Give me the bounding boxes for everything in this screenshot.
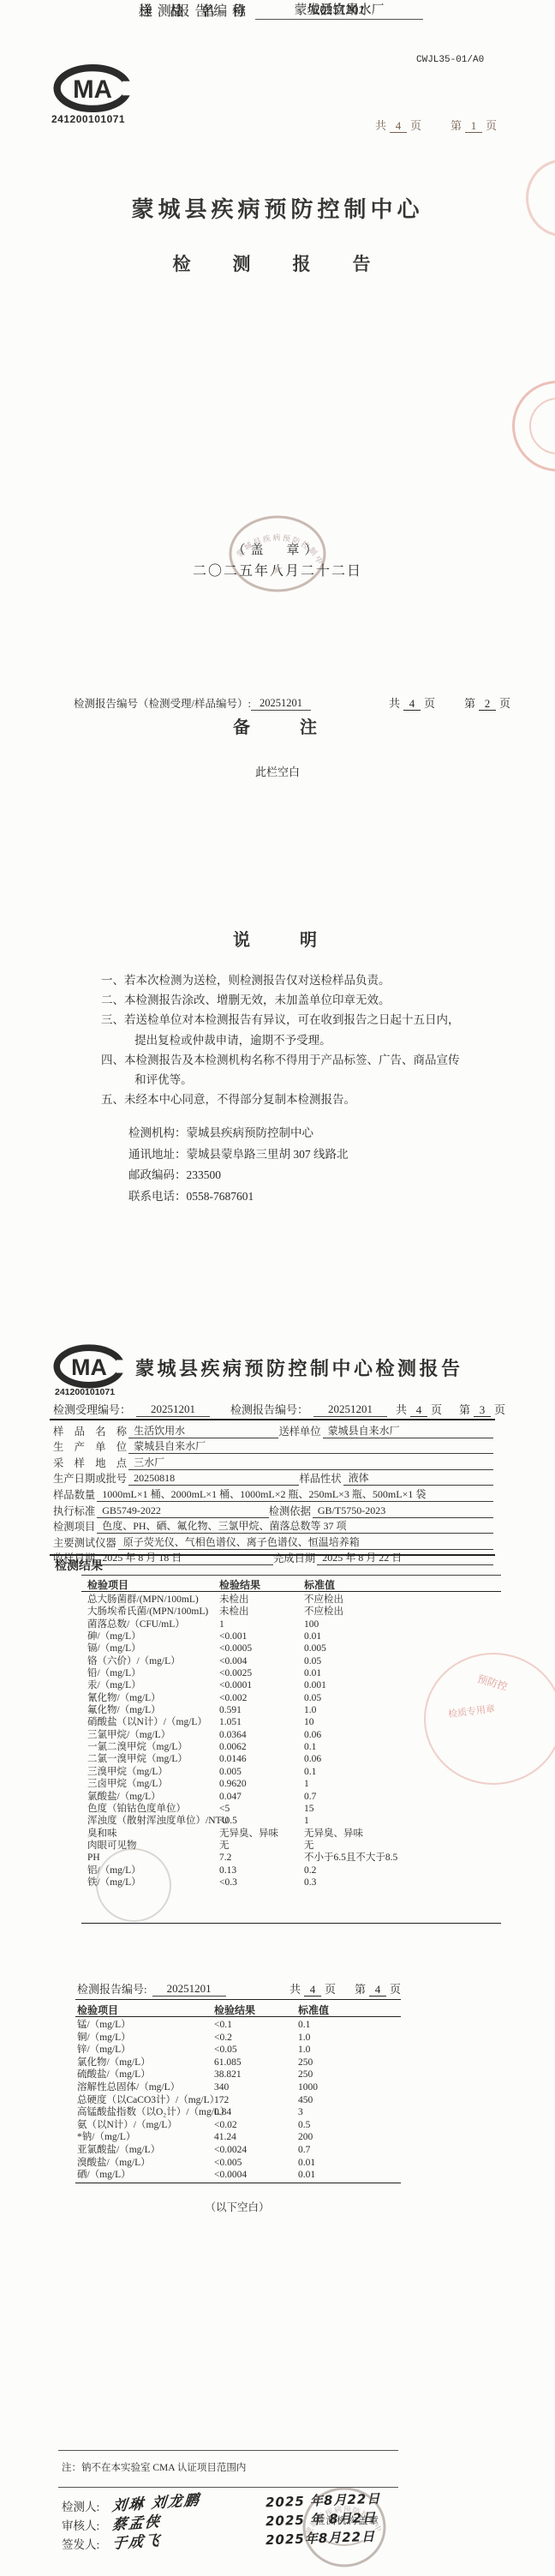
remarks-body: 此栏空白 (0, 763, 555, 779)
form-value: GB/T5750-2023 (313, 1504, 493, 1518)
standard-cell: 1.0 (298, 2044, 310, 2057)
result-cell: 38.821 (214, 2069, 242, 2081)
page-indicator: 共 4 页 第 2 页 (389, 694, 510, 711)
form-label: 生产日期或批号 (53, 1470, 128, 1486)
standard-cell: 0.05 (304, 1655, 321, 1667)
form-value: 20250818 (128, 1472, 299, 1486)
item-cell: *钠/（mg/L） (77, 2131, 135, 2144)
table-row: 氯酸盐/（mg/L） 0.047 0.7 (81, 1791, 501, 1803)
item-cell: 溴酸盐/（mg/L） (77, 2157, 151, 2170)
org-title: 蒙城县疾病预防控制中心 (0, 192, 555, 224)
table-row: 浑浊度（散射浑浊度单位）/NTU <0.5 1 (81, 1815, 501, 1827)
result-cell: 0.0062 (219, 1741, 247, 1753)
result-cell: 340 (214, 2081, 229, 2094)
table-border (81, 1923, 501, 1924)
report-no-value: 20251201 (251, 697, 311, 711)
svg-text:MA: MA (73, 75, 112, 104)
standard-cell: 100 (304, 1618, 319, 1630)
report-no-value: 20251201 (152, 1982, 226, 1997)
form-value: GB5749-2022 (97, 1504, 268, 1518)
form-row: 样品数量 1000mL×1 桶、2000mL×1 桶、1000mL×2 瓶、25… (53, 1486, 493, 1502)
remarks-title: 备 注 (0, 713, 555, 738)
form-label: 检测项目 (53, 1518, 97, 1534)
item-cell: 氨（以N计）/（mg/L） (77, 2119, 177, 2132)
pager-page-label: 页 (424, 694, 435, 711)
pager-page-label: 页 (410, 117, 421, 133)
standard-cell: 1.0 (304, 1704, 316, 1716)
result-cell: <0.0005 (219, 1642, 252, 1654)
form-label: 完成日期 (273, 1550, 317, 1565)
accept-no-label: 检测受理编号： (53, 1401, 131, 1417)
result-cell: <0.02 (214, 2119, 237, 2132)
pager-no-label: 第 (459, 1401, 470, 1417)
result-cell: 未检出 (219, 1606, 249, 1618)
table-row: 砷/（mg/L） <0.001 0.01 (81, 1630, 501, 1642)
standard-cell: 250 (298, 2069, 313, 2081)
table-row: 臭和味 无异臭、异味 无异臭、异味 (81, 1828, 501, 1840)
instruction-item: 五、未经本中心同意，不得部分复制本检测报告。 (101, 1090, 469, 1109)
cma-certificate-number: 241200101071 (55, 1387, 115, 1397)
pages-total: 4 (403, 698, 421, 711)
result-cell: 7.2 (219, 1852, 231, 1864)
table-row: 硫酸盐/（mg/L） 38.821 250 (75, 2069, 401, 2081)
table-row: 大肠埃希氏菌/(MPN/100mL) 未检出 不应检出 (81, 1606, 501, 1618)
signer-label: 签发人: (62, 2538, 99, 2551)
signer-label: 检测人: (62, 2501, 99, 2513)
item-cell: 铬（六价）/（mg/L） (87, 1655, 181, 1667)
result-cell: 0.0364 (219, 1729, 247, 1741)
field-label: 送检单位 (139, 0, 247, 20)
item-cell: 氯酸盐/（mg/L） (87, 1791, 161, 1803)
page3-header: 检测受理编号： 20251201 检测报告编号： 20251201 共 4 页 … (53, 1401, 505, 1417)
results-table-page4: 锰/（mg/L） <0.1 0.1 铜/（mg/L） <0.2 1.0 锌/（m… (75, 2019, 401, 2182)
report-no-label: 检测报告编号（检测受理/样品编号）: (74, 695, 251, 711)
results-table-header: 检验项目 检验结果 标准值 (81, 1577, 501, 1589)
table-row: 氨（以N计）/（mg/L） <0.02 0.5 (75, 2119, 401, 2132)
item-cell: 锰/（mg/L） (77, 2019, 131, 2032)
divider (50, 1554, 495, 1556)
form-label: 主要测试仪器 (53, 1534, 118, 1550)
standard-cell: 450 (298, 2094, 313, 2107)
report-date: 二〇二五年八月二十二日 (0, 560, 555, 579)
instruction-item: 四、本检测报告及本检测机构名称不得用于产品标签、广告、商品宣传和评优等。 (101, 1050, 469, 1090)
result-cell: <0.2 (214, 2032, 232, 2045)
instructions-title: 说 明 (0, 926, 555, 951)
result-cell: 0.13 (219, 1864, 236, 1876)
table-border (75, 2016, 401, 2017)
result-cell: 0.591 (219, 1704, 242, 1716)
page-number: 2 (479, 698, 496, 711)
table-row: 铜/（mg/L） <0.2 1.0 (75, 2032, 401, 2045)
scanned-report-document: MA 241200101071 CWJL35-01/A0 共 4 页 第 1 页… (0, 0, 555, 2576)
result-cell: <0.005 (214, 2157, 242, 2170)
item-cell: 二氯一溴甲烷（mg/L） (87, 1753, 188, 1765)
standard-cell: 0.01 (304, 1667, 321, 1679)
standard-cell: 200 (298, 2131, 313, 2144)
standard-cell: 10 (304, 1716, 314, 1728)
pager-of-label: 共 (289, 1980, 301, 1997)
standard-cell: 1 (304, 1815, 309, 1827)
item-cell: 铜/（mg/L） (77, 2032, 131, 2045)
item-cell: 砷/（mg/L） (87, 1630, 141, 1642)
result-cell: 0.047 (219, 1791, 242, 1803)
form-value: 原子荧光仪、气相色谱仪、离子色谱仪、恒温培养箱 (118, 1534, 493, 1550)
cma-logo: MA (53, 63, 132, 113)
table-row: 溴酸盐/（mg/L） <0.005 0.01 (75, 2157, 401, 2170)
standard-cell: 0.2 (304, 1864, 316, 1876)
agency-seal-label: 检测机构盖章 (315, 2513, 379, 2527)
footnote: 注：钠不在本实验室 CMA 认证项目范围内 (62, 2460, 246, 2474)
form-label: 采 样 地 点 (53, 1455, 128, 1470)
item-cell: 总大肠菌群/(MPN/100mL) (87, 1594, 199, 1606)
result-cell: <0.002 (219, 1692, 247, 1704)
pager-page-label: 页 (499, 694, 510, 711)
standard-cell: 0.06 (304, 1729, 321, 1741)
item-cell: 高锰酸盐指数（以O₂计）/（mg/L） (77, 2106, 230, 2119)
col-standard: 标准值 (304, 1577, 335, 1592)
table-border (75, 1999, 401, 2000)
standard-cell: 0.001 (304, 1679, 326, 1691)
result-cell: <0.0024 (214, 2144, 247, 2157)
result-cell: 无 (219, 1840, 230, 1852)
result-cell: 0.0146 (219, 1753, 247, 1765)
table-row: 菌落总数/（CFU/mL） 1 100 (81, 1618, 501, 1630)
form-row: 收样日期 2025 年 8 月 18 日 完成日期 2025 年 8 月 22 … (53, 1550, 493, 1566)
result-cell: 41.24 (214, 2131, 236, 2144)
result-cell: <0.004 (219, 1655, 247, 1667)
form-row: 样 品 名 称 生活饮用水 送样单位 蒙城县自来水厂 (53, 1422, 493, 1438)
standard-cell: 0.01 (298, 2157, 315, 2170)
col-item: 检验项目 (77, 2003, 118, 2017)
sample-info-form: 样 品 名 称 生活饮用水 送样单位 蒙城县自来水厂 生 产 单 位 蒙城县自来… (53, 1422, 493, 1565)
form-row: 生 产 单 位 蒙城县自来水厂 (53, 1438, 493, 1455)
col-result: 检验结果 (219, 1577, 260, 1592)
standard-cell: 不应检出 (304, 1594, 343, 1606)
result-cell: 0.005 (219, 1766, 242, 1778)
col-item: 检验项目 (87, 1577, 128, 1592)
item-cell: 锌/（mg/L） (77, 2044, 131, 2057)
standard-cell: 不应检出 (304, 1606, 343, 1618)
report-no-value: 20251201 (313, 1402, 387, 1417)
result-cell: <0.0025 (219, 1667, 252, 1679)
result-cell: <0.0004 (214, 2169, 247, 2182)
table-border (81, 1575, 501, 1576)
item-cell: 铅/（mg/L） (87, 1667, 141, 1679)
item-cell: 菌落总数/（CFU/mL） (87, 1618, 185, 1630)
standard-cell: 3 (298, 2106, 303, 2119)
red-stamp-fragment: 预防控 检质专用章 (424, 1653, 555, 1786)
form-value: 蒙城县自来水厂 (128, 1438, 493, 1454)
contact-label: 邮政编码： (128, 1168, 187, 1181)
standard-cell: 0.1 (304, 1741, 316, 1753)
item-cell: 氯化物/（mg/L） (77, 2057, 151, 2069)
divider (58, 2450, 398, 2451)
form-value: 2025 年 8 月 22 日 (317, 1550, 493, 1565)
pager-page-label: 页 (325, 1980, 336, 1997)
results-title: 检测结果 (55, 1557, 103, 1574)
item-cell: 浑浊度（散射浑浊度单位）/NTU (87, 1815, 229, 1827)
result-cell: 1 (219, 1618, 224, 1630)
instruction-item: 三、若送检单位对本检测报告有异议，可在收到报告之日起十五日内，提出复检或仲裁申请… (101, 1010, 469, 1049)
form-row: 执行标准 GB5749-2022 检测依据 GB/T5750-2023 (53, 1502, 493, 1518)
standard-cell: 1.0 (298, 2032, 310, 2045)
result-cell: <0.3 (219, 1876, 237, 1888)
result-cell: <0.0001 (219, 1679, 252, 1691)
contact-row: 通讯地址：蒙城县蒙阜路三里胡 307 线路北 (128, 1144, 349, 1166)
form-value: 蒙城县自来水厂 (323, 1423, 493, 1438)
cma-certificate-number: 241200101071 (51, 113, 125, 125)
result-cell: 1.051 (219, 1716, 242, 1728)
standard-cell: 无异臭、异味 (304, 1828, 363, 1840)
col-result: 检验结果 (214, 2003, 255, 2017)
standard-cell: 0.7 (298, 2144, 310, 2157)
report-no-label: 检测报告编号: (77, 1980, 147, 1997)
contact-row: 邮政编码：233500 (128, 1165, 349, 1186)
result-cell: 61.085 (214, 2057, 242, 2069)
standard-cell: 0.7 (304, 1791, 316, 1803)
standard-cell: 无 (304, 1840, 314, 1852)
item-cell: 溶解性总固体/（mg/L） (77, 2081, 180, 2094)
form-value: 色度、PH、硒、氟化物、三氯甲烷、菌落总数等 37 项 (97, 1518, 493, 1534)
item-cell: 硝酸盐（以N计）/（mg/L） (87, 1716, 207, 1728)
item-cell: 三卤甲烷（mg/L） (87, 1778, 168, 1790)
results-table-header: 检验项目 检验结果 标准值 (75, 2003, 401, 2015)
divider (50, 1419, 495, 1420)
form-row: 生产日期或批号 20250818 样品性状 液体 (53, 1470, 493, 1486)
pager-of-label: 共 (396, 1401, 407, 1417)
instruction-item: 一、若本次检测为送检，则检测报告仅对送检样品负责。 (101, 970, 469, 990)
pages-total: 4 (304, 1984, 321, 1997)
form-row: 采 样 地 点 三水厂 (53, 1454, 493, 1470)
table-row: 总硬度（以CaCO3计）/（mg/L） 172 450 (75, 2094, 401, 2107)
form-value: 三水厂 (128, 1455, 493, 1470)
page-indicator: 共 4 页 第 1 页 (375, 117, 497, 133)
item-cell: 色度（铂钴色度单位） (87, 1803, 186, 1815)
item-cell: 汞/（mg/L） (87, 1679, 141, 1691)
report-no-label: 检测报告编号： (230, 1401, 308, 1417)
table-border (75, 2183, 401, 2183)
table-row: 氯化物/（mg/L） 61.085 250 (75, 2057, 401, 2069)
result-cell: 无异臭、异味 (219, 1828, 278, 1840)
signature: 于成飞 (111, 2528, 163, 2553)
table-row: 溶解性总固体/（mg/L） 340 1000 (75, 2081, 401, 2094)
pager-no-label: 第 (355, 1980, 366, 1997)
pager-no-label: 第 (464, 694, 475, 711)
form-row: 主要测试仪器 原子荧光仪、气相色谱仪、离子色谱仪、恒温培养箱 (53, 1534, 493, 1550)
result-cell: 未检出 (219, 1594, 249, 1606)
table-row: 锌/（mg/L） <0.05 1.0 (75, 2044, 401, 2057)
contact-row: 联系电话：0558-7687601 (128, 1186, 349, 1208)
table-row: 色度（铂钴色度单位） <5 15 (81, 1803, 501, 1815)
pager-no-label: 第 (451, 117, 462, 133)
form-label: 执行标准 (53, 1503, 97, 1518)
contact-label: 联系电话： (128, 1190, 187, 1203)
report-title: 检 测 报 告 (0, 250, 555, 276)
result-cell: <5 (219, 1803, 230, 1815)
form-label: 样品性状 (299, 1470, 343, 1486)
form-value: 液体 (343, 1470, 493, 1486)
form-label: 生 产 单 位 (53, 1438, 128, 1454)
page-number: 1 (465, 120, 482, 133)
svg-text:蒙城县疾病预防控制中心: 蒙城县疾病预防控制中心 (300, 2484, 385, 2537)
item-cell: 硫酸盐/（mg/L） (77, 2069, 151, 2081)
standard-cell: 15 (304, 1803, 314, 1815)
item-cell: 亚氯酸盐/（mg/L） (77, 2144, 160, 2157)
page3-title: 蒙城县疾病预防控制中心检测报告 (135, 1354, 463, 1381)
item-cell: 氟化物/（mg/L） (87, 1704, 161, 1716)
standard-cell: 1000 (298, 2081, 318, 2094)
svg-text:MA: MA (71, 1354, 107, 1380)
pages-total: 4 (410, 1404, 427, 1417)
pager-page-label: 页 (390, 1980, 401, 1997)
form-label: 检测依据 (269, 1503, 313, 1518)
result-cell: <0.001 (219, 1630, 247, 1642)
item-cell: 硒/（mg/L） (77, 2169, 131, 2182)
form-label: 样 品 名 称 (53, 1423, 128, 1438)
form-value: 1000mL×1 桶、2000mL×1 桶、1000mL×2 瓶、250mL×3… (97, 1486, 493, 1502)
signer-label: 审核人: (62, 2519, 99, 2532)
instruction-item: 二、本检测报告涂改、增删无效，未加盖单位印章无效。 (101, 990, 469, 1010)
cover-field-row: 送检单位 蒙城县自来水厂 (139, 0, 423, 20)
pager-page-label: 页 (494, 1401, 505, 1417)
table-row: 总大肠菌群/(MPN/100mL) 未检出 不应检出 (81, 1594, 501, 1606)
form-label: 送样单位 (278, 1423, 322, 1438)
cma-logo: MA (53, 1344, 125, 1389)
standard-cell: 0.01 (298, 2169, 315, 2182)
table-row: 硒/（mg/L） <0.0004 0.01 (75, 2169, 401, 2182)
item-cell: 三溴甲烷（mg/L） (87, 1766, 168, 1778)
item-cell: 臭和味 (87, 1828, 117, 1840)
contact-value: 蒙城县疾病预防控制中心 (187, 1126, 314, 1139)
table-row: 亚氯酸盐/（mg/L） <0.0024 0.7 (75, 2144, 401, 2157)
pager-of-label: 共 (375, 117, 386, 133)
item-cell: PH (87, 1852, 100, 1864)
pager-page-label: 页 (431, 1401, 442, 1417)
form-value: 生活饮用水 (128, 1423, 278, 1438)
standard-cell: 250 (298, 2057, 313, 2069)
page2-header: 检测报告编号（检测受理/样品编号）: 20251201 共 4 页 第 2 页 (74, 694, 510, 711)
result-cell: <0.1 (214, 2019, 232, 2032)
result-cell: 0.9620 (219, 1778, 247, 1790)
item-cell: 大肠埃希氏菌/(MPN/100mL) (87, 1606, 208, 1618)
page4-header: 检测报告编号: 20251201 共 4 页 第 4 页 (77, 1980, 401, 1997)
contact-row: 检测机构：蒙城县疾病预防控制中心 (128, 1123, 349, 1144)
form-value: 2025 年 8 月 18 日 (97, 1550, 273, 1565)
standard-cell: 0.005 (304, 1642, 326, 1654)
standard-cell: 不小于6.5且不大于8.5 (304, 1852, 397, 1864)
seal-note: （盖 章） (0, 540, 555, 558)
result-cell: 172 (214, 2094, 229, 2107)
standard-cell: 0.1 (304, 1766, 316, 1778)
contact-value: 蒙城县蒙阜路三里胡 307 线路北 (187, 1148, 349, 1161)
form-row: 检测项目 色度、PH、硒、氟化物、三氯甲烷、菌落总数等 37 项 (53, 1518, 493, 1534)
standard-cell: 0.1 (298, 2019, 310, 2032)
pager-of-label: 共 (389, 694, 400, 711)
result-cell: 0.84 (214, 2106, 231, 2119)
table-row: 高锰酸盐指数（以O₂计）/（mg/L） 0.84 3 (75, 2106, 401, 2119)
pager-page-label: 页 (486, 117, 497, 133)
field-value: 蒙城县自来水厂 (255, 0, 423, 20)
form-label: 样品数量 (53, 1486, 97, 1502)
page-indicator: 共 4 页 第 3 页 (396, 1401, 505, 1417)
blank-note: （以下空白） (0, 2199, 474, 2214)
standard-cell: 1 (304, 1778, 309, 1790)
contact-label: 检测机构： (128, 1126, 187, 1139)
page-number: 4 (369, 1984, 386, 1997)
table-border (81, 1591, 501, 1592)
standard-cell: 0.05 (304, 1692, 321, 1704)
standard-cell: 0.3 (304, 1876, 316, 1888)
item-cell: 总硬度（以CaCO3计）/（mg/L） (77, 2094, 219, 2107)
item-cell: 一氯二溴甲烷（mg/L） (87, 1741, 188, 1753)
contact-label: 通讯地址： (128, 1148, 187, 1161)
result-cell: <0.05 (214, 2044, 237, 2057)
accept-no-value: 20251201 (136, 1402, 210, 1417)
item-cell: 氰化物/（mg/L） (87, 1692, 161, 1704)
item-cell: 镉/（mg/L） (87, 1642, 141, 1654)
contact-value: 233500 (187, 1168, 222, 1181)
org-contact-info: 检测机构：蒙城县疾病预防控制中心 通讯地址：蒙城县蒙阜路三里胡 307 线路北 … (128, 1123, 349, 1207)
standard-cell: 0.06 (304, 1753, 321, 1765)
form-code: CWJL35-01/A0 (416, 55, 484, 65)
agency-seal: 蒙城县疾病预防控制中心 (300, 2484, 389, 2570)
col-standard: 标准值 (298, 2003, 329, 2017)
table-row: 锰/（mg/L） <0.1 0.1 (75, 2019, 401, 2032)
page-number: 3 (474, 1404, 491, 1417)
table-row: *钠/（mg/L） 41.24 200 (75, 2131, 401, 2144)
contact-value: 0558-7687601 (187, 1190, 254, 1203)
pages-total: 4 (390, 120, 407, 133)
standard-cell: 0.5 (298, 2119, 310, 2132)
instructions-list: 一、若本次检测为送检，则检测报告仅对送检样品负责。 二、本检测报告涂改、增删无效… (101, 970, 469, 1109)
item-cell: 三氯甲烷/（mg/L） (87, 1729, 170, 1741)
page-indicator: 共 4 页 第 4 页 (289, 1980, 401, 1997)
standard-cell: 0.01 (304, 1630, 321, 1642)
result-cell: <0.5 (219, 1815, 237, 1827)
